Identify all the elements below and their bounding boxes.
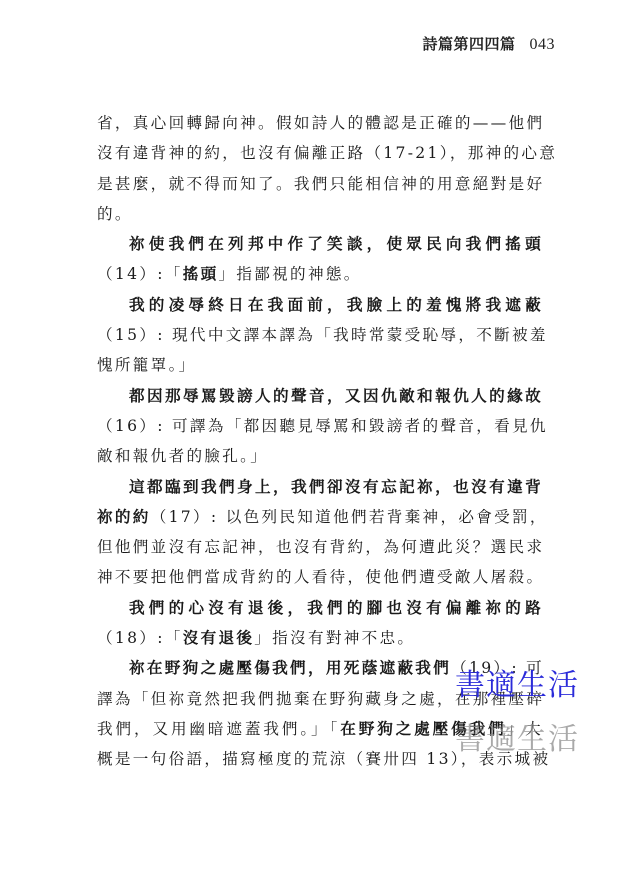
text-line: （14）:「搖頭」指鄙視的神態。 bbox=[97, 259, 543, 289]
text-line: 神不要把他們當成背約的人看待，使他們遭受敵人屠殺。 bbox=[97, 562, 543, 592]
verse-quote: 在野狗之處壓傷我們 bbox=[340, 719, 506, 738]
text-line: （15）: 現代中文譯本譯為「我時常蒙受恥辱，不斷被羞 bbox=[97, 320, 543, 350]
running-header: 詩篇第四四篇043 bbox=[422, 33, 555, 54]
text-line: 這都臨到我們身上，我們卻沒有忘記祢，也沒有違背 bbox=[97, 472, 543, 502]
text-line: 譯為「但祢竟然把我們拋棄在野狗藏身之處，在那裡壓碎 bbox=[97, 684, 543, 714]
verse-quote: 我的凌辱終日在我面前，我臉上的羞愧將我遮蔽 bbox=[129, 295, 543, 314]
commentary-text: 愧所籠罩。」 bbox=[97, 356, 197, 374]
verse-quote: 沒有退後 bbox=[183, 628, 255, 647]
verse-quote: 祢使我們在列邦中作了笑談，使眾民向我們搖頭 bbox=[129, 234, 543, 253]
commentary-text: 我們，又用幽暗遮蓋我們。」「 bbox=[97, 720, 340, 738]
text-line: 都因那辱罵毀謗人的聲音，又因仇敵和報仇人的緣故 bbox=[97, 381, 543, 411]
text-line: 我們，又用幽暗遮蓋我們。」「在野狗之處壓傷我們」大 bbox=[97, 714, 543, 744]
verse-quote: 我們的心沒有退後，我們的腳也沒有偏離祢的路 bbox=[129, 598, 543, 617]
text-line: 但他們並沒有忘記神，也沒有背約，為何遭此災？選民求 bbox=[97, 532, 543, 562]
text-line: 是甚麼，就不得而知了。我們只能相信神的用意絕對是好 bbox=[97, 169, 543, 199]
page-number: 043 bbox=[530, 36, 556, 53]
commentary-text: 」指沒有對神不忠。 bbox=[254, 629, 415, 647]
text-line: （16）: 可譯為「都因聽見辱罵和毀謗者的聲音，看見仇 bbox=[97, 411, 543, 441]
commentary-text: （18）:「 bbox=[97, 629, 183, 647]
body-text: 省，真心回轉歸向神。假如詩人的體認是正確的——他們沒有違背神的約，也沒有偏離正路… bbox=[97, 108, 543, 775]
commentary-text: 但他們並沒有忘記神，也沒有背約，為何遭此災？選民求 bbox=[97, 538, 544, 556]
verse-quote: 都因那辱罵毀謗人的聲音，又因仇敵和報仇人的緣故 bbox=[129, 386, 543, 405]
text-line: 祢使我們在列邦中作了笑談，使眾民向我們搖頭 bbox=[97, 229, 543, 259]
text-line: 沒有違背神的約，也沒有偏離正路（17-21），那神的心意 bbox=[97, 138, 543, 168]
text-line: 祢在野狗之處壓傷我們，用死蔭遮蔽我們（19）: 可 bbox=[97, 653, 543, 683]
commentary-text: 敵和報仇者的臉孔。」 bbox=[97, 447, 268, 465]
text-line: 愧所籠罩。」 bbox=[97, 350, 543, 380]
verse-quote: 這都臨到我們身上，我們卻沒有忘記祢，也沒有違背 bbox=[129, 477, 543, 496]
text-line: 的。 bbox=[97, 199, 543, 229]
commentary-text: 是甚麼，就不得而知了。我們只能相信神的用意絕對是好 bbox=[97, 175, 544, 193]
commentary-text: 」大 bbox=[507, 720, 543, 738]
commentary-text: 的。 bbox=[97, 205, 133, 223]
verse-quote: 搖頭 bbox=[183, 264, 219, 283]
text-line: 祢的約（17）: 以色列民知道他們若背棄神，必會受罰， bbox=[97, 502, 543, 532]
commentary-text: （19）: 可 bbox=[451, 659, 544, 677]
text-line: （18）:「沒有退後」指沒有對神不忠。 bbox=[97, 623, 543, 653]
verse-quote: 祢的約 bbox=[97, 507, 151, 526]
commentary-text: 概是一句俗語，描寫極度的荒涼（賽卅四 13），表示城被 bbox=[97, 750, 550, 768]
verse-quote: 祢在野狗之處壓傷我們，用死蔭遮蔽我們 bbox=[129, 658, 451, 677]
commentary-text: 譯為「但祢竟然把我們拋棄在野狗藏身之處，在那裡壓碎 bbox=[97, 690, 544, 708]
text-line: 我的凌辱終日在我面前，我臉上的羞愧將我遮蔽 bbox=[97, 290, 543, 320]
text-line: 省，真心回轉歸向神。假如詩人的體認是正確的——他們 bbox=[97, 108, 543, 138]
text-line: 我們的心沒有退後，我們的腳也沒有偏離祢的路 bbox=[97, 593, 543, 623]
commentary-text: （14）:「 bbox=[97, 265, 183, 283]
commentary-text: 沒有違背神的約，也沒有偏離正路（17-21），那神的心意 bbox=[97, 144, 557, 162]
text-line: 概是一句俗語，描寫極度的荒涼（賽卅四 13），表示城被 bbox=[97, 744, 543, 774]
commentary-text: （15）: 現代中文譯本譯為「我時常蒙受恥辱，不斷被羞 bbox=[97, 326, 548, 344]
chapter-title: 詩篇第四四篇 bbox=[422, 35, 515, 53]
commentary-text: （16）: 可譯為「都因聽見辱罵和毀謗者的聲音，看見仇 bbox=[97, 417, 548, 435]
commentary-text: 」指鄙視的神態。 bbox=[218, 265, 361, 283]
commentary-text: 省，真心回轉歸向神。假如詩人的體認是正確的——他們 bbox=[97, 114, 544, 132]
commentary-text: 神不要把他們當成背約的人看待，使他們遭受敵人屠殺。 bbox=[97, 568, 544, 586]
text-line: 敵和報仇者的臉孔。」 bbox=[97, 441, 543, 471]
commentary-text: （17）: 以色列民知道他們若背棄神，必會受罰， bbox=[151, 508, 548, 526]
